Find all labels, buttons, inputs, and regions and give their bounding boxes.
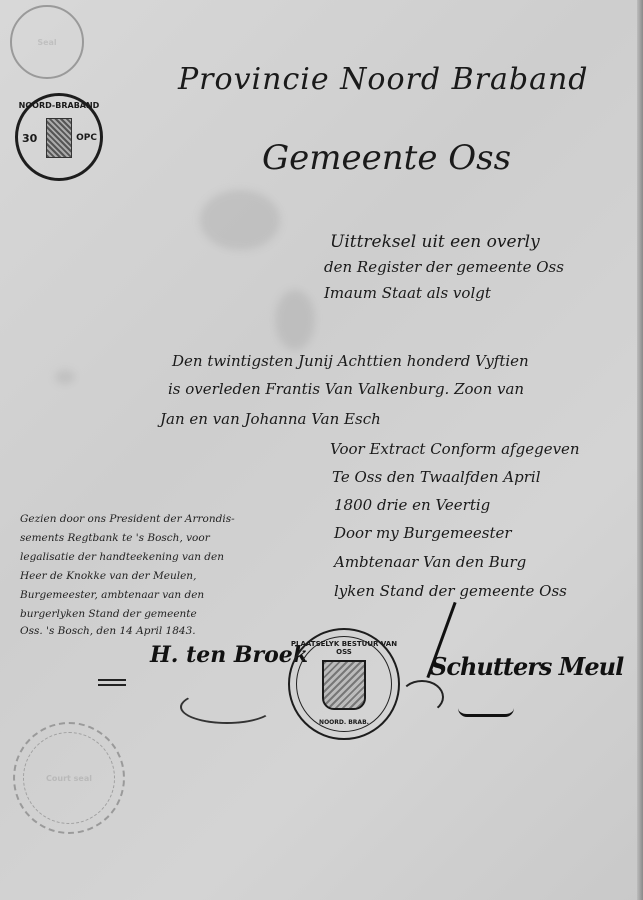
municipal-seal: PLAATSELYK BESTUUR VAN OSS NOORD. BRAB.: [288, 628, 400, 740]
court-seal-label: Court seal: [46, 774, 92, 783]
body-line: is overleden Frantis Van Valkenburg. Zoo…: [168, 380, 524, 398]
coat-of-arms-icon: [322, 660, 366, 710]
signature-right: Schutters Meul: [430, 652, 623, 681]
signature-flourish: [98, 679, 126, 686]
signature-flourish: [180, 690, 274, 724]
legalization-line: Burgemeester, ambtenaar van den: [20, 589, 204, 601]
ink-stain: [200, 190, 280, 250]
signature-left: H. ten Broek: [150, 642, 308, 668]
certification-line: lyken Stand der gemeente Oss: [334, 582, 567, 600]
seal-bottom-text: NOORD. BRAB.: [290, 719, 398, 726]
certification-line: Door my Burgemeester: [334, 524, 512, 542]
body-line: Den twintigsten Junij Achttien honderd V…: [172, 352, 529, 370]
heading-municipality: Gemeente Oss: [262, 138, 511, 178]
faded-seal-top: Seal: [10, 5, 84, 79]
seal-label: Seal: [37, 38, 56, 47]
certification-line: Voor Extract Conform afgegeven: [330, 440, 580, 458]
page-edge: [637, 0, 643, 900]
legalization-line: Gezien door ons President der Arrondis-: [20, 513, 235, 525]
legalization-line: Heer de Knokke van der Meulen,: [20, 570, 196, 582]
tax-stamp: NOORD-BRABAND 30 OPC: [15, 93, 103, 181]
certification-line: 1800 drie en Veertig: [334, 496, 490, 514]
body-line: Jan en van Johanna Van Esch: [160, 410, 381, 428]
legalization-line: sements Regtbank te 's Bosch, voor: [20, 532, 210, 544]
heading-province: Provincie Noord Braband: [178, 62, 588, 97]
crown-shield-icon: [46, 118, 72, 158]
document-page: Seal NOORD-BRABAND 30 OPC Provincie Noor…: [0, 0, 643, 900]
signature-flourish: [400, 680, 444, 714]
ink-stain: [55, 370, 75, 384]
ink-stain: [275, 290, 315, 350]
court-seal: Court seal: [13, 722, 125, 834]
legalization-line: legalisatie der handteekening van den: [20, 551, 224, 563]
intro-line: Uittreksel uit een overly: [330, 232, 540, 252]
legalization-line: Oss. 's Bosch, den 14 April 1843.: [20, 625, 196, 637]
intro-line: Imaum Staat als volgt: [324, 284, 491, 302]
tax-stamp-top: NOORD-BRABAND: [18, 101, 100, 110]
certification-line: Te Oss den Twaalfden April: [332, 468, 541, 486]
certification-line: Ambtenaar Van den Burg: [334, 553, 526, 571]
tax-stamp-value: 30: [22, 132, 37, 145]
seal-ring-text: PLAATSELYK BESTUUR VAN OSS: [290, 640, 398, 656]
tax-stamp-unit: OPC: [76, 133, 97, 143]
intro-line: den Register der gemeente Oss: [324, 258, 564, 276]
legalization-line: burgerlyken Stand der gemeente: [20, 608, 197, 620]
signature-underline: [458, 708, 514, 717]
